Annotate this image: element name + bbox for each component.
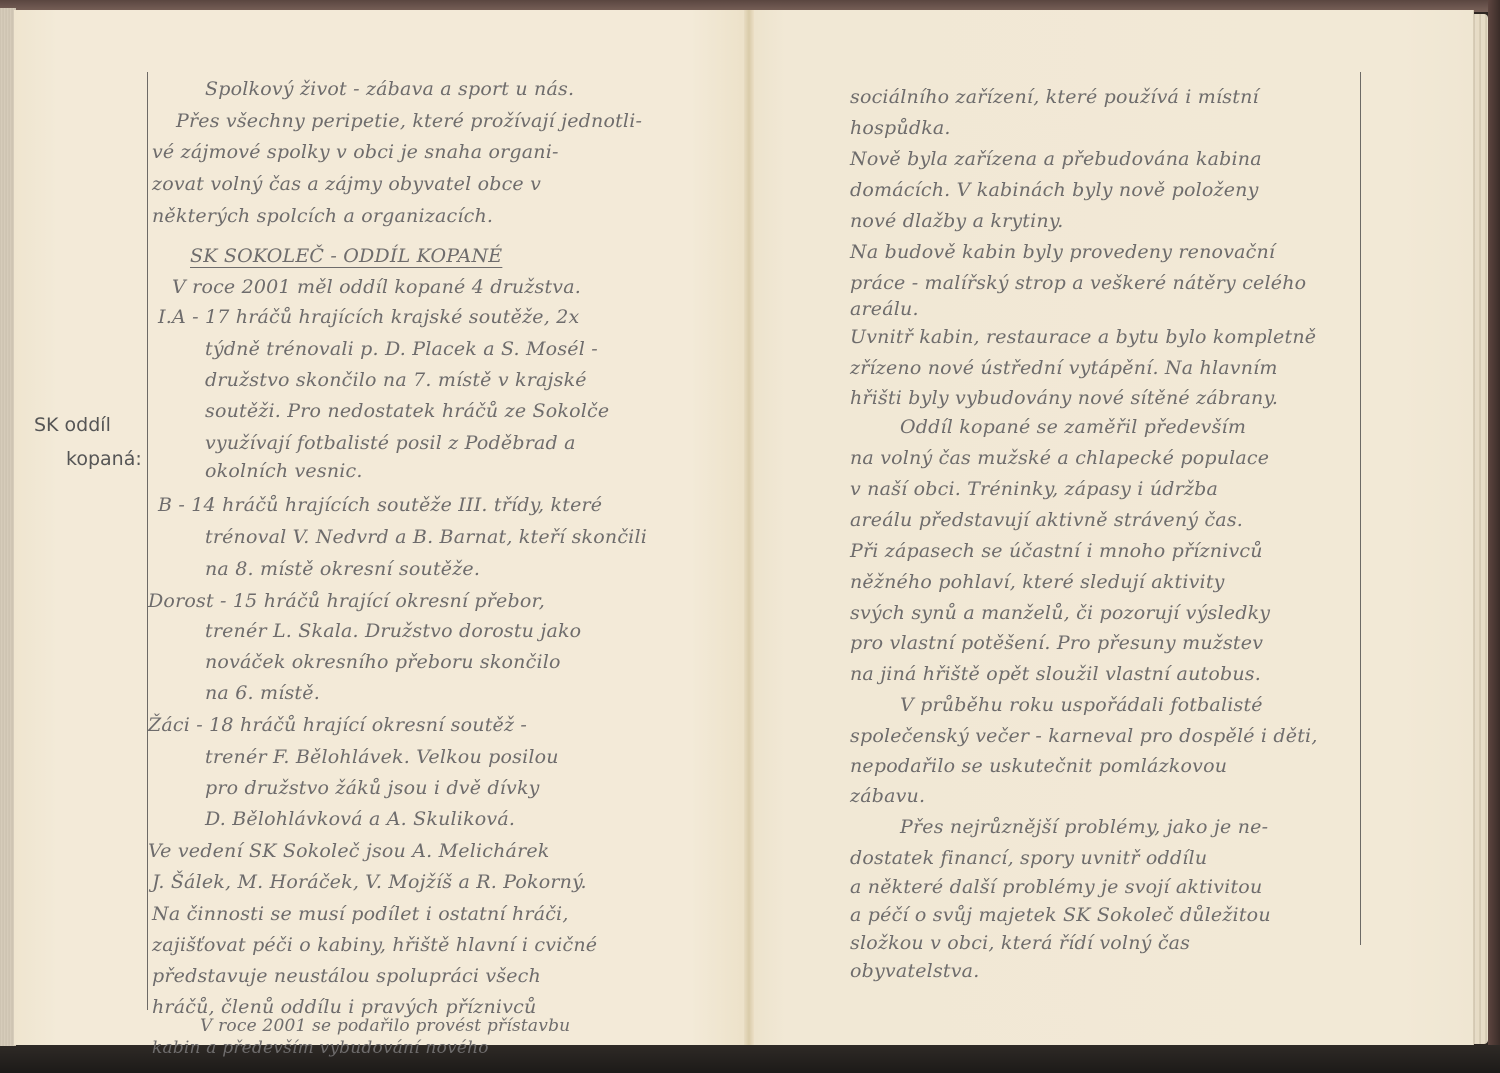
right-line: domácích. V kabinách byly nově položeny	[850, 181, 1259, 200]
left-line: J. Šálek, M. Horáček, V. Mojžíš a R. Pok…	[152, 873, 587, 892]
left-line: kabin a především vybudování nového	[152, 1040, 489, 1057]
left-line: B - 14 hráčů hrajících soutěže III. tříd…	[158, 496, 602, 515]
left-line: okolních vesnic.	[205, 462, 363, 481]
margin-note-line-2: kopaná:	[66, 448, 142, 470]
left-line: představuje neustálou spolupráci všech	[152, 967, 541, 986]
margin-note-line-1: SK oddíl	[34, 414, 111, 436]
right-line: svých synů a manželů, či pozorují výsled…	[850, 604, 1270, 623]
open-book: SK oddíl kopaná: Spolkový život - zábava…	[0, 0, 1500, 1073]
right-line: práce - malířský strop a veškeré nátěry …	[850, 274, 1306, 293]
right-line: Oddíl kopané se zaměřil především	[900, 418, 1246, 437]
right-line: něžného pohlaví, které sledují aktivity	[850, 573, 1225, 592]
right-line: areálu představují aktivně strávený čas.	[850, 511, 1243, 530]
left-line: využívají fotbalisté posil z Poděbrad a	[205, 434, 576, 453]
right-page-margin-rule	[1360, 72, 1361, 945]
left-line: některých spolcích a organizacích.	[152, 207, 493, 226]
right-line: sociálního zařízení, které používá i mís…	[850, 88, 1259, 107]
left-line: Přes všechny peripetie, které prožívají …	[176, 112, 642, 131]
right-line: a některé další problémy je svojí aktivi…	[850, 878, 1262, 897]
left-line: na 6. místě.	[205, 684, 320, 703]
right-line: nové dlažby a krytiny.	[850, 212, 1064, 231]
left-line: hráčů, členů oddílu i pravých příznivců	[152, 998, 536, 1017]
left-line: družstvo skončilo na 7. místě v krajské	[205, 371, 587, 390]
left-line: týdně trénovali p. D. Placek a S. Mosél …	[205, 340, 598, 359]
left-line-title: Spolkový život - zábava a sport u nás.	[205, 80, 574, 99]
right-line: obyvatelstva.	[850, 962, 979, 981]
left-line: Dorost - 15 hráčů hrající okresní přebor…	[148, 592, 545, 611]
right-line: areálu.	[850, 300, 919, 319]
right-line: zábavu.	[850, 787, 925, 806]
right-line: dostatek financí, spory uvnitř oddílu	[850, 849, 1207, 868]
left-line: nováček okresního přeboru skončilo	[205, 653, 561, 672]
right-line: na volný čas mužské a chlapecké populace	[850, 449, 1269, 468]
left-line: zajišťovat péči o kabiny, hřiště hlavní …	[152, 936, 597, 955]
left-line: Ve vedení SK Sokoleč jsou A. Melichárek	[148, 842, 550, 861]
left-line: vé zájmové spolky v obci je snaha organi…	[152, 143, 559, 162]
right-line: na jiná hřiště opět sloužil vlastní auto…	[850, 665, 1261, 684]
left-line: Žáci - 18 hráčů hrající okresní soutěž -	[148, 716, 527, 735]
right-line: zřízeno nové ústřední vytápění. Na hlavn…	[850, 359, 1278, 378]
right-line: V průběhu roku uspořádali fotbalisté	[900, 696, 1263, 715]
book-spine	[744, 10, 754, 1045]
left-line: na 8. místě okresní soutěže.	[205, 560, 480, 579]
left-line: soutěži. Pro nedostatek hráčů ze Sokolče	[205, 402, 609, 421]
left-page-margin-rule	[147, 72, 148, 1010]
left-line: trenér L. Skala. Družstvo dorostu jako	[205, 622, 581, 641]
left-line: Na činnosti se musí podílet i ostatní hr…	[152, 905, 569, 924]
left-line: V roce 2001 měl oddíl kopané 4 družstva.	[172, 278, 581, 297]
right-line: a péčí o svůj majetek SK Sokoleč důležit…	[850, 906, 1271, 925]
left-line: trénoval V. Nedvrd a B. Barnat, kteří sk…	[205, 528, 647, 547]
right-line: Přes nejrůznější problémy, jako je ne-	[900, 818, 1268, 837]
right-line: Uvnitř kabin, restaurace a bytu bylo kom…	[850, 328, 1316, 347]
book-cover-right-edge	[1488, 0, 1500, 1073]
left-line: pro družstvo žáků jsou i dvě dívky	[205, 779, 540, 798]
left-line: zovat volný čas a zájmy obyvatel obce v	[152, 175, 541, 194]
right-line: v naší obci. Tréninky, zápasy i údržba	[850, 480, 1218, 499]
right-line: společenský večer - karneval pro dospělé…	[850, 727, 1318, 746]
left-line: trenér F. Bělohlávek. Velkou posilou	[205, 748, 559, 767]
right-line: nepodařilo se uskutečnit pomlázkovou	[850, 757, 1227, 776]
right-line: Při zápasech se účastní i mnoho příznivc…	[850, 542, 1263, 561]
right-line: pro vlastní potěšení. Pro přesuny mužste…	[850, 634, 1263, 653]
right-line: hřišti byly vybudovány nové sítěné zábra…	[850, 389, 1278, 408]
left-line: V roce 2001 se podařilo provést přístavb…	[200, 1018, 570, 1035]
left-line: I.A - 17 hráčů hrajících krajské soutěže…	[158, 308, 579, 327]
right-line: Nově byla zařízena a přebudována kabina	[850, 150, 1262, 169]
section-heading: SK SOKOLEČ - ODDÍL KOPANÉ	[190, 247, 502, 266]
right-line: hospůdka.	[850, 119, 951, 138]
right-line: Na budově kabin byly provedeny renovační	[850, 243, 1275, 262]
right-line: složkou v obci, která řídí volný čas	[850, 934, 1190, 953]
left-line: D. Bělohlávková a A. Skuliková.	[205, 810, 515, 829]
